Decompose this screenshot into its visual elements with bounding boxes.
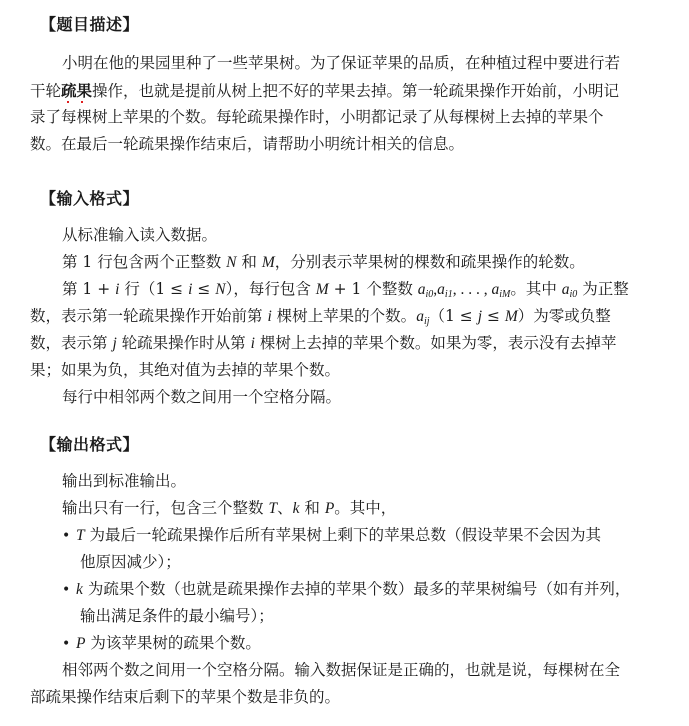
section-title-description: 【题目描述】: [40, 12, 139, 35]
math-var: a: [418, 281, 426, 298]
text: ）为零或负整: [518, 307, 611, 325]
text: 为最后一轮疏果操作后所有苹果树上剩下的苹果总数（假设苹果不会因为其: [85, 526, 601, 544]
bullet-item-P: •P 为该苹果树的疏果个数。: [30, 630, 662, 657]
text: ≤: [482, 307, 505, 325]
output-line-4: 部疏果操作结束后剩下的苹果个数是非负的。: [30, 684, 662, 711]
text: 为该苹果树的疏果个数。: [85, 634, 260, 652]
description-line-4: 数。在最后一轮疏果操作结束后，请帮助小明统计相关的信息。: [30, 131, 662, 158]
text: ），每行包含: [226, 280, 316, 298]
text: 和: [237, 253, 262, 271]
math-var: M: [505, 308, 518, 325]
text: 第 1 +: [62, 280, 115, 298]
text: 第 1 行包含两个正整数: [62, 253, 226, 271]
math-var: a: [416, 308, 424, 325]
text: 轮疏果操作时从第: [117, 334, 251, 352]
bullet-icon: •: [62, 577, 76, 604]
text: 。其中，: [334, 499, 396, 517]
text: 数，表示第: [30, 334, 112, 352]
input-line-7: 每行中相邻两个数之间用一个空格分隔。: [30, 384, 662, 411]
bullet-item-k-continued: 输出满足条件的最小编号）；: [30, 603, 662, 630]
bullet-icon: •: [62, 631, 76, 658]
math-var: T: [76, 527, 85, 544]
math-sub: iM: [499, 289, 510, 300]
spellcheck-marked-word: 疏果: [61, 81, 92, 100]
input-paragraph: 从标准输入读入数据。 第 1 行包含两个正整数 N 和 M，分别表示苹果树的棵数…: [30, 222, 662, 411]
math-var: T: [268, 500, 277, 517]
description-line-1: 小明在他的果园里种了一些苹果树。为了保证苹果的品质，在种植过程中要进行若: [30, 50, 662, 77]
bullet-icon: •: [62, 523, 76, 550]
bullet-item-T-continued: 他原因减少）；: [30, 549, 662, 576]
math-var: M: [262, 254, 275, 271]
math-dots: , . . . ,: [453, 281, 492, 298]
text: （1 ≤: [430, 307, 478, 325]
text: 棵树上去掉的苹果个数。如果为零，表示没有去掉苹: [255, 334, 616, 352]
text: 。其中: [510, 280, 561, 298]
math-var: P: [325, 500, 334, 517]
input-line-6: 果；如果为负，其绝对值为去掉的苹果个数。: [30, 357, 662, 384]
input-line-3: 第 1 + i 行（1 ≤ i ≤ N），每行包含 M + 1 个整数 ai0,…: [30, 276, 662, 303]
text: 数，表示第一轮疏果操作开始前第: [30, 307, 267, 325]
output-paragraph: 输出到标准输出。 输出只有一行，包含三个整数 T、k 和 P。其中， •T 为最…: [30, 468, 662, 711]
section-title-input: 【输入格式】: [40, 186, 139, 209]
text: ，分别表示苹果树的棵数和疏果操作的轮数。: [275, 253, 585, 271]
input-line-1: 从标准输入读入数据。: [30, 222, 662, 249]
input-line-5: 数，表示第 j 轮疏果操作时从第 i 棵树上去掉的苹果个数。如果为零，表示没有去…: [30, 330, 662, 357]
math-var: k: [76, 581, 83, 598]
math-var: a: [562, 281, 570, 298]
text: 为疏果个数（也就是疏果操作去掉的苹果个数）最多的苹果树编号（如有并列，: [83, 580, 630, 598]
text: 和: [299, 499, 324, 517]
text: ≤: [192, 280, 215, 298]
description-paragraph: 小明在他的果园里种了一些苹果树。为了保证苹果的品质，在种植过程中要进行若 干轮疏…: [30, 50, 662, 158]
output-line-1: 输出到标准输出。: [30, 468, 662, 495]
math-var: N: [226, 254, 236, 271]
description-line-3: 录了每棵树上苹果的个数。每轮疏果操作时，小明都记录了从每棵树上去掉的苹果个: [30, 104, 662, 131]
text: 为正整: [577, 280, 628, 298]
description-line-2: 干轮疏果操作，也就是提前从树上把不好的苹果去掉。第一轮疏果操作开始前，小明记: [30, 77, 662, 104]
section-title-output: 【输出格式】: [40, 432, 139, 455]
input-line-4: 数，表示第一轮疏果操作开始前第 i 棵树上苹果的个数。aij（1 ≤ j ≤ M…: [30, 303, 662, 330]
output-line-2: 输出只有一行，包含三个整数 T、k 和 P。其中，: [30, 495, 662, 522]
text: 行（1 ≤: [119, 280, 188, 298]
math-sub: i1: [445, 289, 453, 300]
bullet-item-T: •T 为最后一轮疏果操作后所有苹果树上剩下的苹果总数（假设苹果不会因为其: [30, 522, 662, 549]
math-var: M: [316, 281, 329, 298]
math-var: a: [437, 281, 445, 298]
text: 、: [277, 499, 293, 517]
text: 棵树上苹果的个数。: [272, 307, 416, 325]
text: 输出只有一行，包含三个整数: [62, 499, 268, 517]
text: + 1 个整数: [329, 280, 418, 298]
output-line-3: 相邻两个数之间用一个空格分隔。输入数据保证是正确的，也就是说，每棵树在全: [30, 657, 662, 684]
text: 干轮: [30, 82, 61, 100]
input-line-2: 第 1 行包含两个正整数 N 和 M，分别表示苹果树的棵数和疏果操作的轮数。: [30, 249, 662, 276]
math-var: N: [215, 281, 225, 298]
text: 操作，也就是提前从树上把不好的苹果去掉。第一轮疏果操作开始前，小明记: [92, 82, 619, 100]
bullet-item-k: •k 为疏果个数（也就是疏果操作去掉的苹果个数）最多的苹果树编号（如有并列，: [30, 576, 662, 603]
